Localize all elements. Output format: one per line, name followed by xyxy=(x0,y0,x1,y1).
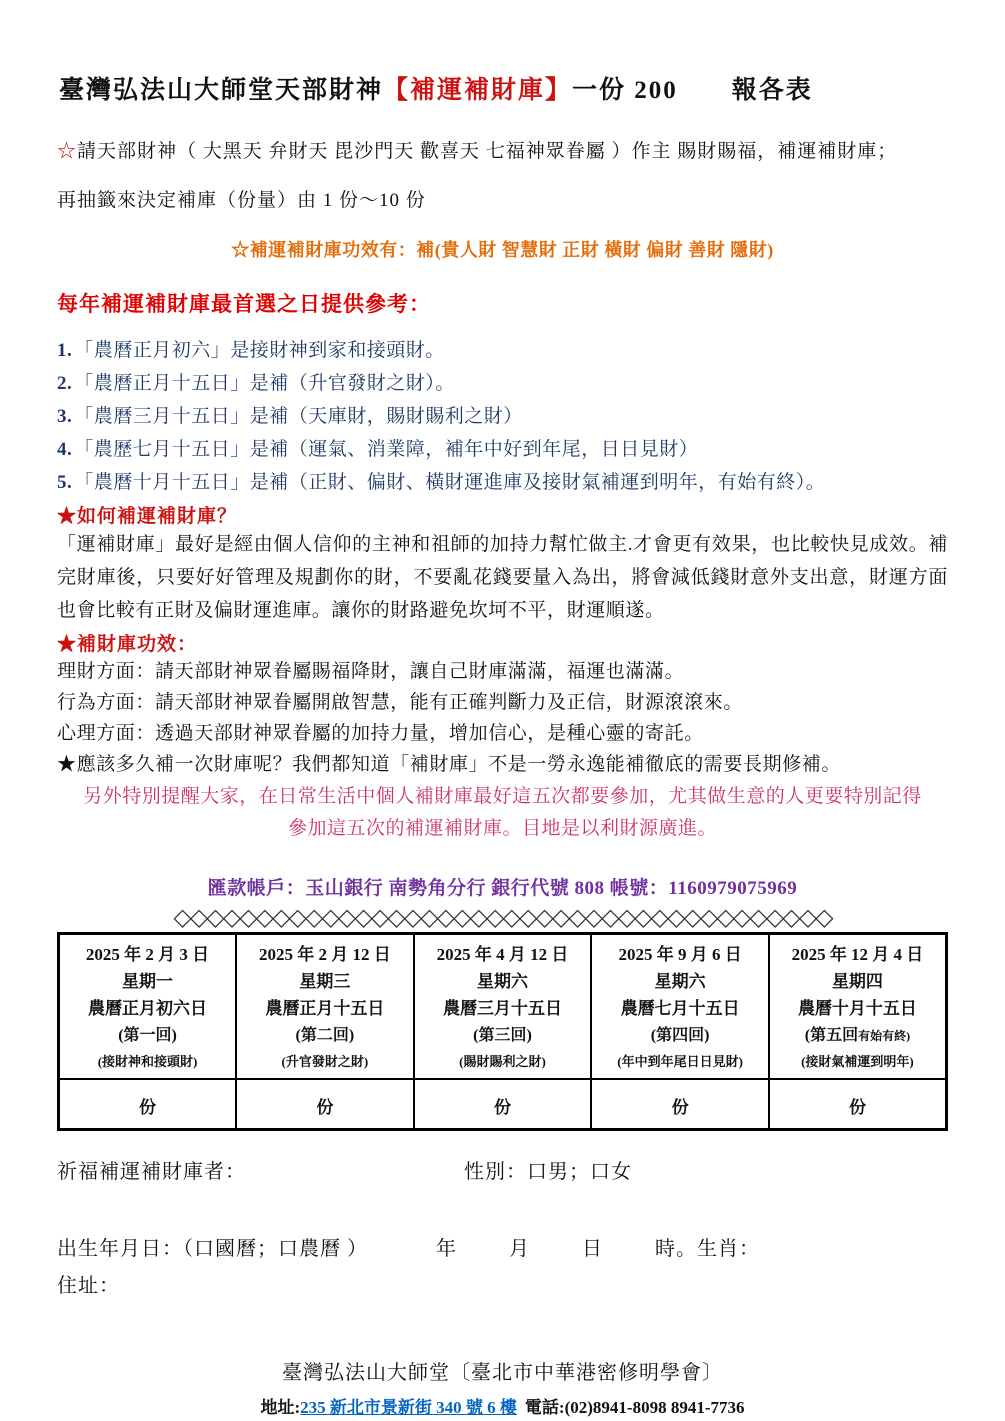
title-highlight: 【補運補財庫】 xyxy=(383,77,572,104)
section-heading: 每年補運補財庫最首選之日提供參考： xyxy=(57,288,948,318)
cell-note: (接財氣補運到明年) xyxy=(772,1050,943,1074)
cell-weekday: 星期三 xyxy=(239,968,411,995)
cell-date: 2025 年 12 月 4 日 xyxy=(772,941,943,968)
list-item-number: 2. xyxy=(57,373,72,394)
cell-note: (年中到年尾日日見財) xyxy=(594,1050,766,1074)
cell-date: 2025 年 2 月 12 日 xyxy=(239,941,411,968)
form-birthdate-line: 出生年月日：（口國曆；口農曆 ）年月日時。生肖： xyxy=(57,1232,948,1261)
unit-month-label: 月 xyxy=(509,1238,530,1260)
cell-note: (升官發財之財) xyxy=(239,1050,411,1074)
list-item: 3.「農曆三月十五日」是補（天庫財，賜財賜利之財） xyxy=(57,400,948,433)
unit-fill-cell-1: 份 xyxy=(59,1079,237,1130)
birthdate-label: 出生年月日：（口國曆；口農曆 ） xyxy=(57,1238,368,1260)
cell-round-main: (第一回) xyxy=(118,1027,177,1044)
cell-date: 2025 年 2 月 3 日 xyxy=(62,941,233,968)
footer-address-link[interactable]: 235 新北市景新街 340 號 6 樓 xyxy=(300,1398,517,1417)
cell-round: (第二回) xyxy=(239,1022,411,1050)
footer-contact-line: 地址:235 新北市景新街 340 號 6 樓電話:(02)8941-8098 … xyxy=(57,1393,948,1418)
list-item-text: 「農曆三月十五日」是補（天庫財，賜財賜利之財） xyxy=(74,406,523,427)
list-item: 4.「農歷七月十五日」是補（運氣、消業障，補年中好到年尾，日日見財） xyxy=(57,433,948,466)
reminder-text: 另外特別提醒大家，在日常生活中個人補財庫最好這五次都要參加，尤其做生意的人更要特… xyxy=(57,781,948,845)
frequency-note: ★應該多久補一次財庫呢？我們都知道「補財庫」不是一勞永逸能補徹底的需要長期修補。 xyxy=(57,749,948,780)
cell-note: (賜財賜利之財) xyxy=(417,1050,589,1074)
form-applicant-line: 祈福補運補財庫者：性別：口男；口女 xyxy=(57,1155,948,1184)
schedule-cell-2: 2025 年 2 月 12 日 星期三 農曆正月十五日 (第二回) (升官發財之… xyxy=(236,934,414,1080)
footer-organization: 臺灣弘法山大師堂〔臺北市中華港密修明學會〕 xyxy=(57,1356,948,1385)
cell-date: 2025 年 9 月 6 日 xyxy=(594,941,766,968)
cell-date: 2025 年 4 月 12 日 xyxy=(417,941,589,968)
list-item-number: 1. xyxy=(57,340,72,361)
intro-line-1-text: 請天部財神（ 大黑天 弁財天 毘沙門天 歡喜天 七福神眾眷屬 ）作主 賜財賜福，… xyxy=(77,141,897,162)
cell-lunar: 農曆正月十五日 xyxy=(239,995,411,1022)
schedule-cell-3: 2025 年 4 月 12 日 星期六 農曆三月十五日 (第三回) (賜財賜利之… xyxy=(414,934,592,1080)
efficacy-line-behavior: 行為方面：請天部財神眾眷屬開啟智慧，能有正確判斷力及正信，財源滾滾來。 xyxy=(57,687,948,718)
schedule-cell-4: 2025 年 9 月 6 日 星期六 農曆七月十五日 (第四回) (年中到年尾日… xyxy=(591,934,769,1080)
footer-phone: 電話:(02)8941-8098 8941-7736 xyxy=(525,1398,745,1417)
efficacy-heading: ★補財庫功效： xyxy=(57,629,948,656)
table-row-dates: 2025 年 2 月 3 日 星期一 農曆正月初六日 (第一回) (接財神和接頭… xyxy=(59,934,947,1080)
title-prefix: 臺灣弘法山大師堂天部財神 xyxy=(59,77,383,104)
cell-round-main: (第二回) xyxy=(296,1027,355,1044)
cell-round-main: (第四回) xyxy=(651,1027,710,1044)
list-item: 5.「農曆十月十五日」是補（正財、偏財、橫財運進庫及接財氣補運到明年，有始有終）… xyxy=(57,466,948,499)
cell-round: (第一回) xyxy=(62,1022,233,1050)
list-item-text: 「農曆正月初六」是接財神到家和接頭財。 xyxy=(74,340,445,361)
recommended-days-list: 1.「農曆正月初六」是接財神到家和接頭財。 2.「農曆正月十五日」是補（升官發財… xyxy=(57,334,948,499)
table-row-units: 份 份 份 份 份 xyxy=(59,1079,947,1130)
list-item-number: 5. xyxy=(57,472,72,493)
cell-weekday: 星期四 xyxy=(772,968,943,995)
unit-fill-cell-2: 份 xyxy=(236,1079,414,1130)
footer-address-label: 地址: xyxy=(261,1398,301,1417)
cell-round-main: (第五回 xyxy=(805,1027,858,1044)
page-title: 臺灣弘法山大師堂天部財神【補運補財庫】一份 200 報各表 xyxy=(59,70,948,106)
how-body: 「運補財庫」最好是經由個人信仰的主神和祖師的加持力幫忙做主.才會更有效果，也比較… xyxy=(57,528,948,627)
cell-round: (第五回有始有終) xyxy=(772,1022,943,1050)
document-page: 臺灣弘法山大師堂天部財神【補運補財庫】一份 200 報各表 ☆請天部財神（ 大黑… xyxy=(0,0,1005,1421)
cell-note: (接財神和接頭財) xyxy=(62,1050,233,1074)
efficacy-line-finance: 理財方面：請天部財神眾眷屬賜福降財，讓自己財庫滿滿，福運也滿滿。 xyxy=(57,656,948,687)
cell-lunar: 農曆三月十五日 xyxy=(417,995,589,1022)
list-item: 1.「農曆正月初六」是接財神到家和接頭財。 xyxy=(57,334,948,367)
unit-fill-cell-3: 份 xyxy=(414,1079,592,1130)
form-address-line: 住址： xyxy=(57,1269,948,1298)
cell-weekday: 星期六 xyxy=(417,968,589,995)
cell-lunar: 農曆七月十五日 xyxy=(594,995,766,1022)
cell-weekday: 星期一 xyxy=(62,968,233,995)
schedule-cell-1: 2025 年 2 月 3 日 星期一 農曆正月初六日 (第一回) (接財神和接頭… xyxy=(59,934,237,1080)
star-outline-icon: ☆ xyxy=(57,141,77,162)
how-heading: ★如何補運補財庫？ xyxy=(57,501,948,528)
unit-fill-cell-5: 份 xyxy=(769,1079,947,1130)
list-item-text: 「農歷七月十五日」是補（運氣、消業障，補年中好到年尾，日日見財） xyxy=(74,439,698,460)
cell-round: (第四回) xyxy=(594,1022,766,1050)
list-item-number: 4. xyxy=(57,439,72,460)
diamond-divider: ◇◇◇◇◇◇◇◇◇◇◇◇◇◇◇◇◇◇◇◇◇◇◇◇◇◇◇◇◇◇◇◇◇◇◇◇◇◇◇◇ xyxy=(57,904,948,930)
cell-lunar: 農曆十月十五日 xyxy=(772,995,943,1022)
schedule-cell-5: 2025 年 12 月 4 日 星期四 農曆十月十五日 (第五回有始有終) (接… xyxy=(769,934,947,1080)
cell-lunar: 農曆正月初六日 xyxy=(62,995,233,1022)
cell-round: (第三回) xyxy=(417,1022,589,1050)
title-suffix: 一份 200 報各表 xyxy=(572,77,813,104)
cell-weekday: 星期六 xyxy=(594,968,766,995)
unit-day-label: 日 xyxy=(582,1238,603,1260)
efficacy-line-mind: 心理方面：透過天部財神眾眷屬的加持力量，增加信心，是種心靈的寄託。 xyxy=(57,718,948,749)
schedule-table: 2025 年 2 月 3 日 星期一 農曆正月初六日 (第一回) (接財神和接頭… xyxy=(57,932,948,1131)
list-item-text: 「農曆正月十五日」是補（升官發財之財）。 xyxy=(74,373,455,394)
list-item-number: 3. xyxy=(57,406,72,427)
reminder-line-1: 另外特別提醒大家，在日常生活中個人補財庫最好這五次都要參加，尤其做生意的人更要特… xyxy=(57,781,948,813)
unit-fill-cell-4: 份 xyxy=(591,1079,769,1130)
cell-round-main: (第三回) xyxy=(473,1027,532,1044)
unit-hour-zodiac-label: 時。生肖： xyxy=(655,1238,760,1260)
effects-line: ☆補運補財庫功效有：補(貴人財 智慧財 正財 橫財 偏財 善財 隱財) xyxy=(57,236,948,262)
cell-round-small: 有始有終) xyxy=(858,1029,910,1043)
list-item-text: 「農曆十月十五日」是補（正財、偏財、橫財運進庫及接財氣補運到明年，有始有終）。 xyxy=(74,472,825,493)
intro-line-2: 再抽籤來決定補庫（份量）由 1 份～10 份 xyxy=(57,185,948,212)
intro-line-1: ☆請天部財神（ 大黑天 弁財天 毘沙門天 歡喜天 七福神眾眷屬 ）作主 賜財賜福… xyxy=(57,136,948,163)
unit-year-label: 年 xyxy=(436,1238,457,1260)
gender-label: 性別：口男；口女 xyxy=(464,1161,632,1183)
reminder-line-2: 參加這五次的補運補財庫。目地是以利財源廣進。 xyxy=(57,813,948,845)
applicant-label: 祈福補運補財庫者： xyxy=(57,1161,246,1183)
bank-account-line: 匯款帳戶：玉山銀行 南勢角分行 銀行代號 808 帳號：116097907596… xyxy=(57,873,948,900)
list-item: 2.「農曆正月十五日」是補（升官發財之財）。 xyxy=(57,367,948,400)
